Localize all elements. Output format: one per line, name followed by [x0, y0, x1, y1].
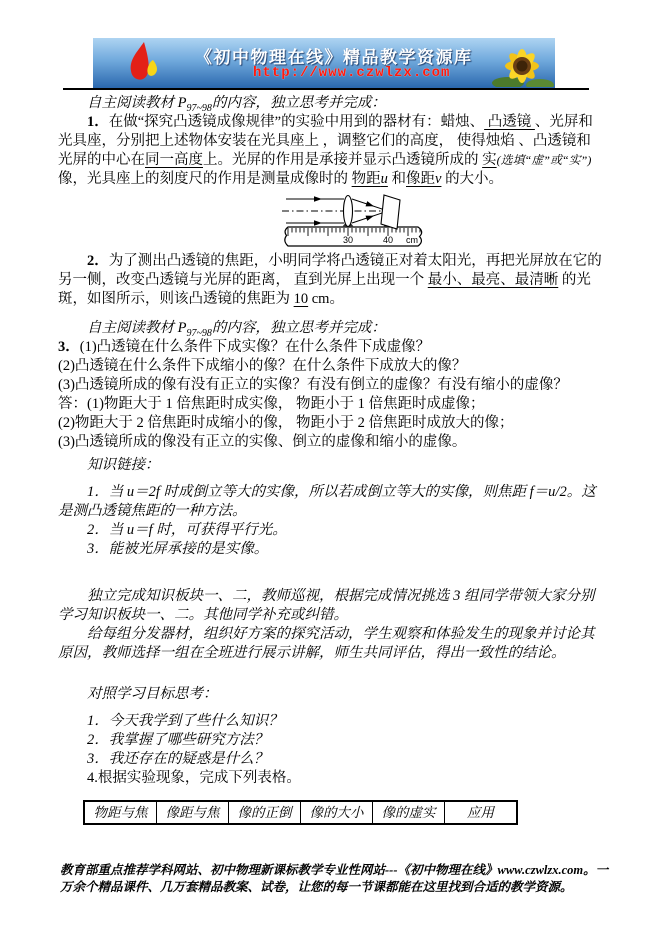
question-3-answer: (3)凸透镜所成的像没有正立的实像、倒立的虚像和缩小的虚像。: [58, 433, 604, 452]
knowledge-links-header: 知识链接：: [58, 456, 604, 475]
banner-url-link[interactable]: http://www.czwlzx.com: [253, 65, 450, 81]
question-3-line: 3．(1)凸透镜在什么条件下成实像？在什么条件下成虚像？: [58, 338, 604, 357]
question-1: 1．在做“探究凸透镜成像规律”的实验中用到的器材有：蜡烛、 凸透镜 、光屏和光具…: [58, 113, 604, 189]
question-2: 2．为了测出凸透镜的焦距，小明同学将凸透镜正对着太阳光，再把光屏放在它的另一侧，…: [58, 252, 604, 309]
question-3-line: (2)凸透镜在什么条件下成缩小的像？在什么条件下成放大的像？: [58, 357, 604, 376]
table-header-cell: 像距与焦: [157, 801, 229, 824]
arrow-top: [314, 196, 322, 202]
table-header-cell: 物距与焦: [84, 801, 157, 824]
ruler-outline: [285, 227, 422, 246]
question-3-answer: (2)物距大于 2 倍焦距时成缩小的像， 物距小于 2 倍焦距时成放大的像；: [58, 414, 604, 433]
knowledge-item-1: 1．当 u＝2f 时成倒立等大的实像，所以若成倒立等大的实像，则焦距 f＝u/2…: [58, 483, 604, 521]
results-table: 物距与焦 像距与焦 像的正倒 像的大小 像的虚实 应用: [83, 800, 518, 825]
teacher-note-1: 独立完成知识板块一、二，教师巡视，根据完成情况挑选 3 组同学带领大家分别学习知…: [58, 587, 604, 625]
knowledge-item-3: 3．能被光屏承接的是实像。: [58, 540, 604, 559]
reflection-item-1: 1．今天我学到了些什么知识？: [58, 712, 604, 731]
table-header-cell: 像的大小: [301, 801, 373, 824]
reading-instruction-2: 自主阅读教材 P97~98的内容，独立思考并完成：: [58, 319, 604, 338]
knowledge-item-2: 2．当 u＝f 时，可获得平行光。: [58, 521, 604, 540]
worksheet-page: 《初中物理在线》精品教学资源库 http://www.czwlzx.com 自主…: [0, 0, 661, 936]
site-banner: 《初中物理在线》精品教学资源库 http://www.czwlzx.com: [93, 38, 555, 88]
screen: [381, 195, 400, 229]
table-header-cell: 像的虚实: [373, 801, 445, 824]
table-header-row: 物距与焦 像距与焦 像的正倒 像的大小 像的虚实 应用: [84, 801, 517, 824]
arrow-bottom: [314, 220, 322, 226]
teacher-note-2: 给每组分发器材，组织好方案的探究活动，学生观察和体验发生的现象并讨论其原因，教师…: [58, 625, 604, 663]
table-header-cell: 应用: [445, 801, 518, 824]
question-3-answer: 答：(1)物距大于 1 倍焦距时成实像， 物距小于 1 倍焦距时成虚像；: [58, 395, 604, 414]
reflection-header: 对照学习目标思考：: [58, 685, 604, 704]
table-header-cell: 像的正倒: [229, 801, 301, 824]
arrow-converge-bottom: [366, 213, 375, 221]
site-footer: 教育部重点推荐学科网站、初中物理新课标教学专业性网站---《初中物理在线》www…: [60, 862, 617, 896]
reading-instruction-1: 自主阅读教材 P97~98的内容，独立思考并完成：: [58, 94, 604, 113]
question-3-line: (3)凸透镜所成的像有没有正立的实像？有没有倒立的虚像？有没有缩小的虚像？: [58, 376, 604, 395]
sunflower-icon: [478, 39, 554, 87]
ruler-label-30: 30: [343, 235, 353, 245]
ruler-label-cm: cm: [406, 235, 418, 245]
lens-diagram: 30 40 cm: [278, 191, 430, 251]
banner-divider: [63, 88, 589, 90]
question-3-block: 3．(1)凸透镜在什么条件下成实像？在什么条件下成虚像？ (2)凸透镜在什么条件…: [58, 338, 604, 452]
site-logo-flame-icon: [119, 40, 169, 86]
reflection-item-2: 2．我掌握了哪些研究方法？: [58, 731, 604, 750]
convex-lens: [344, 196, 353, 227]
document-body: 自主阅读教材 P97~98的内容，独立思考并完成： 1．在做“探究凸透镜成像规律…: [58, 94, 604, 825]
arrow-converge-top: [366, 201, 375, 209]
ruler-label-40: 40: [383, 235, 393, 245]
reflection-item-4: 4.根据实验现象，完成下列表格。: [58, 769, 604, 788]
reflection-item-3: 3．我还存在的疑惑是什么？: [58, 750, 604, 769]
